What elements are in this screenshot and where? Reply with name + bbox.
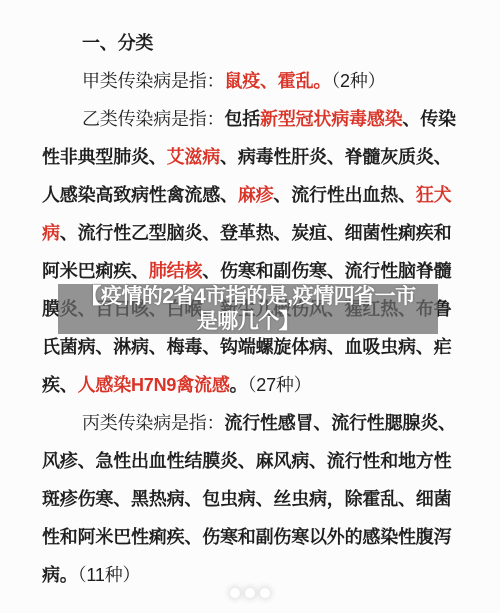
text-segment: 斑疹伤寒、黑热病、包虫病、丝虫病，除霍乱、细菌 <box>42 489 451 509</box>
text-segment: 。 <box>230 375 248 395</box>
highlighted-term: 新型冠状病毒感染 <box>260 109 402 129</box>
text-line: 人感染高致病性禽流感、麻疹、流行性出血热、狂犬 <box>42 176 462 214</box>
text-segment: 丙类传染病是指： <box>82 413 224 433</box>
highlighted-term: 麻疹 <box>238 185 274 205</box>
text-segment: 病。 <box>42 565 78 585</box>
text-segment: 氏菌病、淋病、梅毒、钩端螺旋体病、血吸虫病、疟 <box>42 337 451 357</box>
text-segment: 一、分类 <box>82 33 153 53</box>
article-page: 一、分类甲类传染病是指：鼠疫、霍乱。（2种）乙类传染病是指：包括新型冠状病毒感染… <box>0 0 500 613</box>
text-segment: 、病毒性肝炎、脊髓灰质炎、 <box>220 147 451 167</box>
text-segment: 包括 <box>224 109 260 129</box>
carousel-dots[interactable] <box>230 588 270 598</box>
overlay-title-line1: 【疫情的2省4市指的是,疫情四省一市 <box>58 284 438 309</box>
text-segment: （2种） <box>331 71 385 91</box>
text-segment: 疾、 <box>42 375 78 395</box>
highlighted-term: 肺结核 <box>149 261 202 281</box>
text-segment: （11种） <box>78 565 141 585</box>
text-line: 性非典型肺炎、艾滋病、病毒性肝炎、脊髓灰质炎、 <box>42 138 462 176</box>
text-segment: 流行性感冒、流行性腮腺炎、 <box>224 413 455 433</box>
highlighted-term: 艾滋病 <box>167 147 220 167</box>
text-segment: 阿米巴痢疾、 <box>42 261 149 281</box>
text-segment: 风疹、急性出血性结膜炎、麻风病、流行性和地方性 <box>42 451 451 471</box>
text-segment: 、伤寒和副伤寒、流行性脑脊髓 <box>202 261 451 281</box>
text-segment: 、流行性乙型脑炎、登革热、炭疽、细菌性痢疾和 <box>60 223 452 243</box>
overlay-title-line2: 是哪几个】 <box>58 309 438 334</box>
text-line: 斑疹伤寒、黑热病、包虫病、丝虫病，除霍乱、细菌 <box>42 480 462 518</box>
carousel-dot[interactable] <box>260 588 270 598</box>
text-line: 一、分类 <box>42 24 462 62</box>
text-line: 性和阿米巴性痢疾、伤寒和副伤寒以外的感染性腹泻 <box>42 518 462 556</box>
highlighted-term: 人感染H7N9禽流感 <box>78 375 230 395</box>
carousel-dot[interactable] <box>245 588 255 598</box>
text-line: 丙类传染病是指：流行性感冒、流行性腮腺炎、 <box>42 404 462 442</box>
text-segment: 乙类传染病是指： <box>82 109 224 129</box>
carousel-dot[interactable] <box>230 588 240 598</box>
highlighted-term: 狂犬 <box>416 185 452 205</box>
highlighted-term: 病 <box>42 223 60 243</box>
text-segment: 甲类传染病是指： <box>82 71 224 91</box>
highlighted-term: 鼠疫、霍乱。 <box>224 71 331 91</box>
text-segment: （27种） <box>247 375 311 395</box>
text-line: 乙类传染病是指：包括新型冠状病毒感染、传染 <box>42 100 462 138</box>
text-segment: 人感染高致病性禽流感、 <box>42 185 238 205</box>
text-line: 病、流行性乙型脑炎、登革热、炭疽、细菌性痢疾和 <box>42 214 462 252</box>
video-caption-overlay: 【疫情的2省4市指的是,疫情四省一市 是哪几个】 <box>58 284 438 334</box>
text-segment: 性非典型肺炎、 <box>42 147 167 167</box>
text-line: 疾、人感染H7N9禽流感。（27种） <box>42 366 462 404</box>
text-segment: 、传染 <box>402 109 455 129</box>
text-segment: 、流行性出血热、 <box>273 185 415 205</box>
text-line: 甲类传染病是指：鼠疫、霍乱。（2种） <box>42 62 462 100</box>
text-line: 风疹、急性出血性结膜炎、麻风病、流行性和地方性 <box>42 442 462 480</box>
text-segment: 性和阿米巴性痢疾、伤寒和副伤寒以外的感染性腹泻 <box>42 527 451 547</box>
